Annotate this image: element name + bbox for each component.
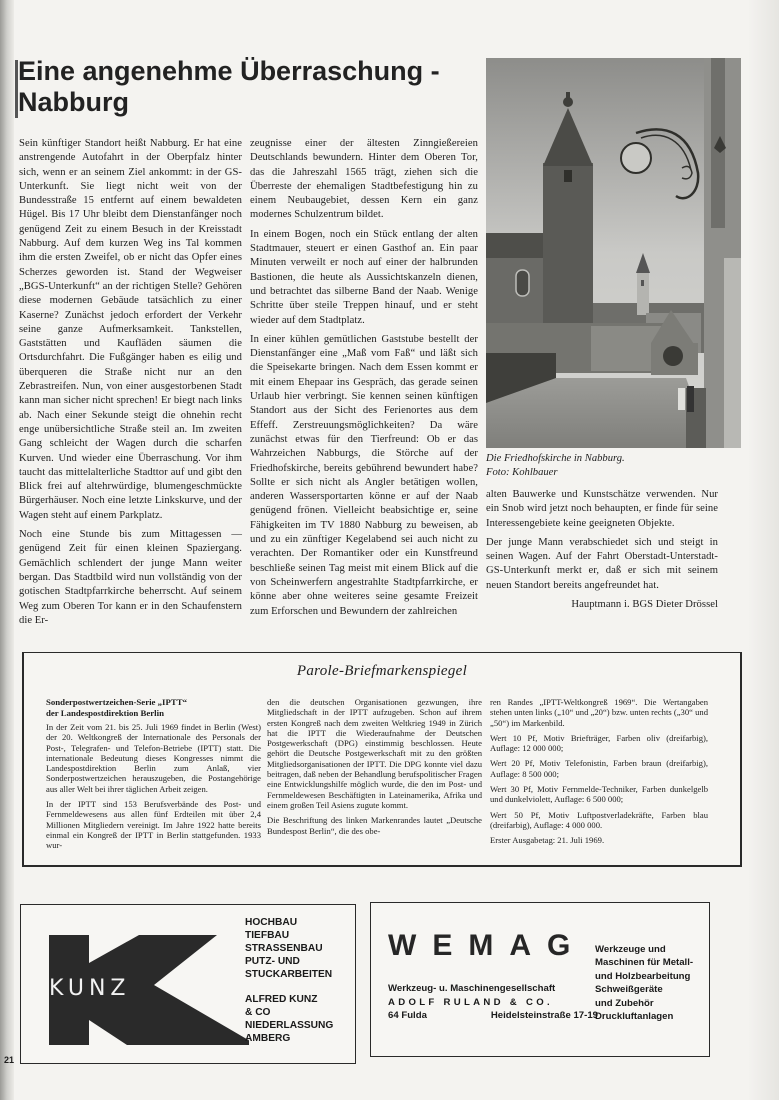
stamp-value-30: Wert 30 Pf, Motiv Fernmelde-Techniker, F… xyxy=(490,784,708,805)
wemag-street: Heidelsteinstraße 17-19 xyxy=(491,1009,598,1023)
kunz-company: NIEDERLASSUNG xyxy=(245,1019,355,1032)
advertisement-kunz: KUNZ HOCHBAU TIEFBAU STRASSENBAU PUTZ- U… xyxy=(20,904,356,1064)
stamps-box-title: Parole-Briefmarkenspiegel xyxy=(24,663,740,680)
photo-caption: Die Friedhofskirche in Nabburg. Foto: Ko… xyxy=(486,452,736,479)
photo-friedhofskirche xyxy=(486,58,741,448)
paragraph: Sein künftiger Standort heißt Nabburg. E… xyxy=(19,137,242,523)
wemag-city: 64 Fulda xyxy=(388,1009,427,1023)
wemag-product: Schweißgeräte xyxy=(595,983,707,996)
stamp-value-50: Wert 50 Pf, Motiv Luftpostverladekräfte,… xyxy=(490,810,708,831)
page-edge xyxy=(749,0,779,1100)
wemag-company-name: ADOLF RULAND & CO. xyxy=(388,996,598,1010)
stamps-column-1: Sonderpostwertzeichen-Serie „IPTT“ der L… xyxy=(46,697,261,856)
kunz-service: PUTZ- UND xyxy=(245,955,355,968)
wemag-address: 64 Fulda Heidelsteinstraße 17-19 xyxy=(388,1009,598,1023)
page-number: 21 xyxy=(4,1055,14,1065)
paragraph: In der Zeit vom 21. bis 25. Juli 1969 fi… xyxy=(46,722,261,794)
author-signature: Hauptmann i. BGS Dieter Drössel xyxy=(486,598,718,612)
photo-illustration xyxy=(486,58,741,448)
article-column-3: alten Bauwerke und Kunstschätze verwende… xyxy=(486,488,718,612)
paragraph: Noch eine Stunde bis zum Mittagessen — g… xyxy=(19,528,242,628)
paragraph: Der junge Mann verabschiedet sich und st… xyxy=(486,536,718,593)
caption-title: Die Friedhofskirche in Nabburg. xyxy=(486,453,625,464)
stamps-column-2: den die deutschen Organisationen gezwung… xyxy=(267,697,482,841)
paragraph: In der IPTT sind 153 Berufsverbände des … xyxy=(46,799,261,850)
kunz-service: TIEFBAU xyxy=(245,929,355,942)
wemag-products: Werkzeuge und Maschinen für Metall- und … xyxy=(595,943,707,1023)
wemag-subtitle: Werkzeug- u. Maschinengesellschaft xyxy=(388,982,598,996)
kunz-logo-word: KUNZ xyxy=(49,976,130,1001)
article-column-1: Sein künftiger Standort heißt Nabburg. E… xyxy=(19,137,242,633)
stamps-heading: Sonderpostwertzeichen-Serie „IPTT“ der L… xyxy=(46,697,261,718)
magazine-page: Eine angenehme Überraschung - Nabburg Se… xyxy=(0,0,779,1100)
wemag-product: Druckluftanlagen xyxy=(595,1010,707,1023)
kunz-service: HOCHBAU xyxy=(245,916,355,929)
wemag-product: Maschinen für Metall- xyxy=(595,956,707,969)
stamps-heading-line-2: der Landespostdirektion Berlin xyxy=(46,708,164,718)
wemag-product: und Holzbearbeitung xyxy=(595,970,707,983)
wemag-product: Werkzeuge und xyxy=(595,943,707,956)
wemag-company-info: Werkzeug- u. Maschinengesellschaft ADOLF… xyxy=(388,982,598,1023)
wemag-product: und Zubehör xyxy=(595,997,707,1010)
kunz-service: STUCKARBEITEN xyxy=(245,968,355,981)
kunz-service: STRASSENBAU xyxy=(245,942,355,955)
article-column-2: zeugnisse einer der ältesten Zinngießere… xyxy=(250,137,478,624)
caption-credit: Foto: Kohlbauer xyxy=(486,467,558,478)
title-line-2: Nabburg xyxy=(18,87,129,117)
stamps-heading-line-1: Sonderpostwertzeichen-Serie „IPTT“ xyxy=(46,697,187,707)
paragraph: Die Beschriftung des linken Markenrandes… xyxy=(267,815,482,836)
stamp-value-10: Wert 10 Pf, Motiv Briefträger, Farben ol… xyxy=(490,733,708,754)
paragraph: In einem Bogen, noch ein Stück entlang d… xyxy=(250,228,478,328)
kunz-ad-text: HOCHBAU TIEFBAU STRASSENBAU PUTZ- UND ST… xyxy=(245,916,355,1045)
title-line-1: Eine angenehme Überraschung - xyxy=(18,56,440,86)
first-issue-date: Erster Ausgabetag: 21. Juli 1969. xyxy=(490,835,708,845)
stamp-value-20: Wert 20 Pf, Motiv Telefonistin, Farben b… xyxy=(490,758,708,779)
advertisement-wemag: WEMAG Werkzeug- u. Maschinengesellschaft… xyxy=(370,902,710,1057)
paragraph: In einer kühlen gemütlichen Gaststube be… xyxy=(250,333,478,619)
paragraph: alten Bauwerke und Kunstschätze verwende… xyxy=(486,488,718,531)
article-title: Eine angenehme Überraschung - Nabburg xyxy=(18,56,488,118)
wemag-logo: WEMAG xyxy=(388,929,586,963)
stamps-box: Parole-Briefmarkenspiegel Sonderpostwert… xyxy=(22,652,742,867)
kunz-company: ALFRED KUNZ xyxy=(245,993,355,1006)
page-spine-shadow xyxy=(0,0,14,1100)
kunz-company: & CO xyxy=(245,1006,355,1019)
kunz-company: AMBERG xyxy=(245,1032,355,1045)
stamps-column-3: ren Randes „IPTT-Weltkongreß 1969“. Die … xyxy=(490,697,708,851)
paragraph: ren Randes „IPTT-Weltkongreß 1969“. Die … xyxy=(490,697,708,728)
paragraph: zeugnisse einer der ältesten Zinngießere… xyxy=(250,137,478,223)
paragraph: den die deutschen Organisationen gezwung… xyxy=(267,697,482,810)
